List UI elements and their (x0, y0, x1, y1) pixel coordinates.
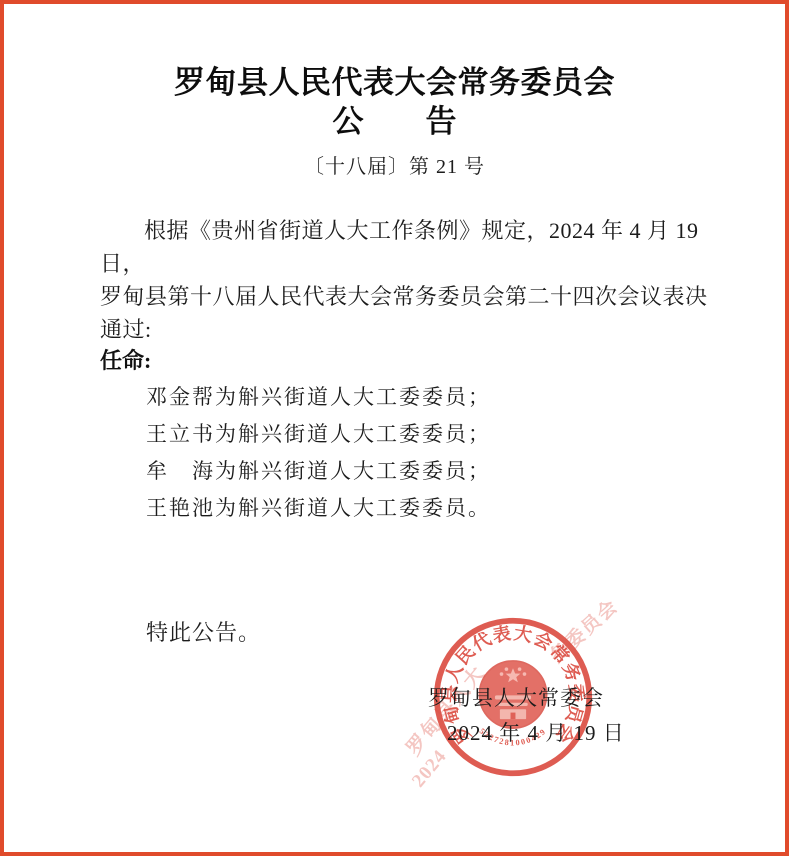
paragraph-line: 通过: (100, 313, 710, 346)
appointment-list: 邓金帮为斛兴街道人大工委委员； 王立书为斛兴街道人大工委委员； 牟 海为斛兴街道… (146, 379, 491, 527)
document-number: 〔十八届〕第 21 号 (0, 150, 789, 179)
appointment-item: 邓金帮为斛兴街道人大工委委员； (146, 379, 491, 416)
closing-statement: 特此公告。 (146, 616, 261, 647)
paragraph-line: 根据《贵州省街道人大工作条例》规定，2024 年 4 月 19 日， (100, 214, 710, 280)
document-title-line2: 公 告 (0, 96, 789, 141)
appointment-item: 王艳池为斛兴街道人大工委委员。 (146, 490, 491, 527)
issue-date: 2024 年 4 月 19 日 (447, 717, 625, 747)
announcement-document: 罗甸县人民代表大会常务委员会 公 告 〔十八届〕第 21 号 根据《贵州省街道人… (0, 0, 789, 861)
body-paragraph: 根据《贵州省街道人大工作条例》规定，2024 年 4 月 19 日， 罗甸县第十… (100, 214, 710, 346)
appointment-item: 牟 海为斛兴街道人大工委委员； (146, 453, 491, 490)
issuer-signature: 罗甸县人大常委会 (428, 682, 604, 712)
paragraph-line: 罗甸县第十八届人民代表大会常务委员会第二十四次会议表决 (100, 280, 710, 313)
appointment-item: 王立书为斛兴街道人大工委委员； (146, 416, 491, 453)
appointment-section-label: 任命: (100, 344, 151, 375)
